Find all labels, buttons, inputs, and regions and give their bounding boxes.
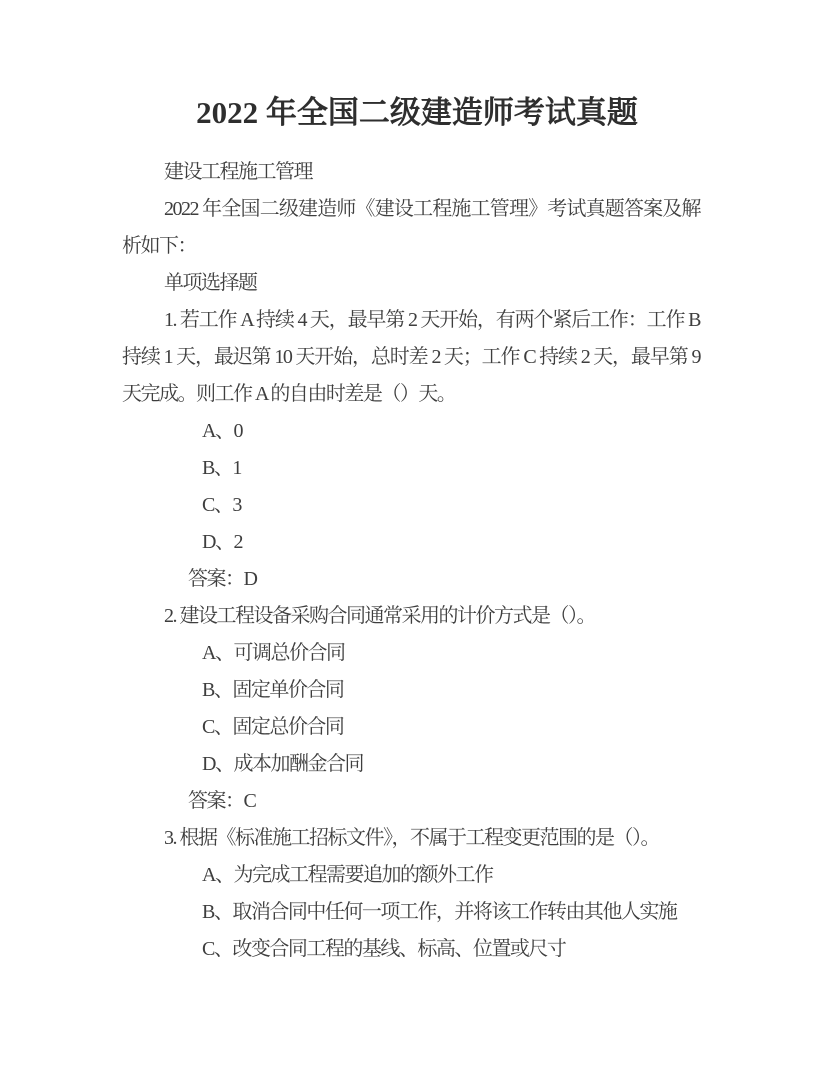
question-1-option-d: D、2 — [122, 524, 700, 561]
document-body: 建设工程施工管理 2022 年全国二级建造师《建设工程施工管理》考试真题答案及解… — [122, 154, 700, 968]
intro-paragraph: 2022 年全国二级建造师《建设工程施工管理》考试真题答案及解析如下： — [122, 191, 700, 265]
question-2-option-b: B、固定单价合同 — [122, 672, 700, 709]
question-1-option-c: C、3 — [122, 487, 700, 524]
section-heading: 单项选择题 — [122, 265, 700, 302]
question-3-option-a: A、为完成工程需要追加的额外工作 — [122, 857, 700, 894]
question-2-answer: 答案：C — [122, 783, 700, 820]
question-3-option-b: B、取消合同中任何一项工作，并将该工作转由其他人实施 — [122, 894, 700, 931]
document-page: 2022 年全国二级建造师考试真题 建设工程施工管理 2022 年全国二级建造师… — [0, 0, 834, 968]
question-3-option-c: C、改变合同工程的基线、标高、位置或尺寸 — [122, 931, 700, 968]
page-title: 2022 年全国二级建造师考试真题 — [0, 88, 834, 138]
question-2-stem: 2. 建设工程设备采购合同通常采用的计价方式是（）。 — [122, 598, 700, 635]
question-2-option-a: A、可调总价合同 — [122, 635, 700, 672]
question-3-stem: 3. 根据《标准施工招标文件》，不属于工程变更范围的是（）。 — [122, 820, 700, 857]
question-1-answer: 答案：D — [122, 561, 700, 598]
question-2-option-d: D、成本加酬金合同 — [122, 746, 700, 783]
question-2-option-c: C、固定总价合同 — [122, 709, 700, 746]
question-1-option-a: A、0 — [122, 413, 700, 450]
question-1-option-b: B、1 — [122, 450, 700, 487]
subject-line: 建设工程施工管理 — [122, 154, 700, 191]
question-1-stem: 1. 若工作 A 持续 4 天，最早第 2 天开始，有两个紧后工作：工作 B 持… — [122, 302, 700, 413]
